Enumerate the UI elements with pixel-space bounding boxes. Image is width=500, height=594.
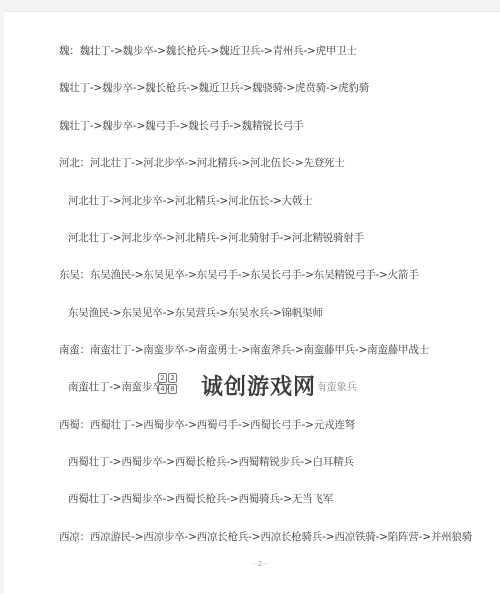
text-line: 魏壮丁->魏步卒->魏长枪兵->魏近卫兵->魏骁骑->虎贲骑->虎豹骑 [59,80,369,95]
text-line: 西蜀壮丁->西蜀步卒->西蜀长枪兵->西蜀骑兵->无当飞军 [68,491,333,506]
text-line: 南蛮：南蛮壮丁->南蛮步卒->南蛮勇士->南蛮斧兵->南蛮藤甲兵->南蛮藤甲战士 [59,342,429,357]
text-line: 东吴渔民->东吴见卒->东吴营兵->东吴水兵->锦帆渠师 [68,305,323,320]
text-line: 河北壮丁->河北步卒->河北精兵->河北骑射手->河北精锐骑射手 [68,230,364,245]
watermark-badge-icon: 2 2 4 8 [158,373,177,394]
badge-digit: 2 [158,373,167,383]
text-line: 魏壮丁->魏步卒->魏弓手->魏长弓手->魏精锐长弓手 [59,118,303,133]
document-page: 魏：魏壮丁->魏步卒->魏长枪兵->魏近卫兵->青州兵->虎甲卫士 魏壮丁->魏… [4,11,500,594]
badge-digit: 2 [168,373,177,383]
text-line: 河北壮丁->河北步卒->河北精兵->河北伍长->大戟士 [68,193,312,208]
text-line: 河北：河北壮丁->河北步卒->河北精兵->河北伍长->先登死士 [59,155,345,170]
text-line: 西凉：西凉游民->西凉步卒->西凉长枪兵->西凉长枪骑兵->西凉铁骑->陷阵营-… [59,529,472,544]
watermark-text: 诚创游戏网 [199,370,318,401]
page-number: - 2 - [253,560,267,568]
badge-digit: 4 [158,384,167,394]
badge-digit: 8 [168,384,177,394]
text-line: 魏：魏壮丁->魏步卒->魏长枪兵->魏近卫兵->青州兵->虎甲卫士 [59,43,357,58]
text-line: 东吴：东吴渔民->东吴见卒->东吴弓手->东吴长弓手->东吴精锐弓手->火箭手 [59,267,419,282]
text-line: 西蜀壮丁->西蜀步卒->西蜀长枪兵->西蜀精锐步兵->白耳精兵 [68,454,354,469]
text-line: 西蜀：西蜀壮丁->西蜀步卒->西蜀弓手->西蜀长弓手->元戎连弩 [59,417,355,432]
